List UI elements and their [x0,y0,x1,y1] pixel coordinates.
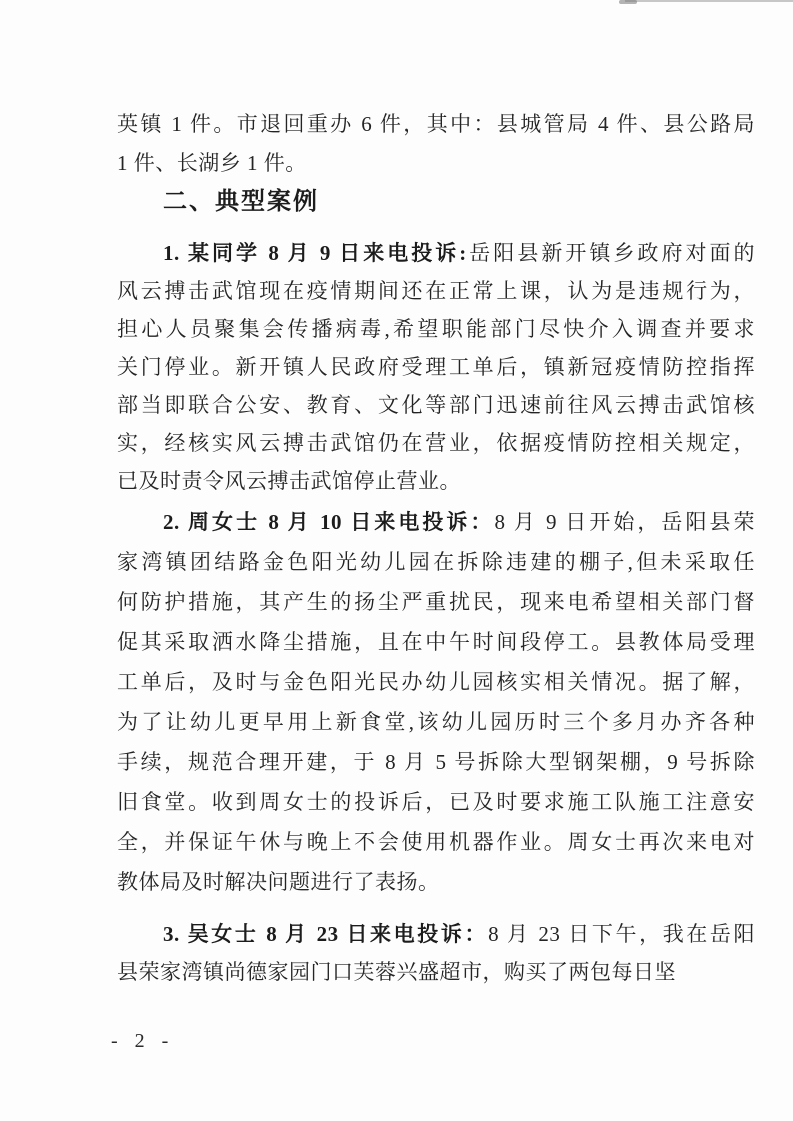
scan-artifact-mark [619,0,637,4]
document-body: 英镇 1 件。市退回重办 6 件，其中：县城管局 4 件、县公路局 1 件、长湖… [117,105,755,991]
case-lead-label: 3. 吴女士 8 月 23 日来电投诉： [163,922,488,946]
case-body-line: 实，经核实风云搏击武馆仍在营业，依据疫情防控相关规定， [117,424,755,462]
case-body-line: 为了让幼儿更早用上新食堂,该幼儿园历时三个多月办齐各种 [117,702,755,742]
case-first-line-text: 岳阳县新开镇乡政府对面的 [467,241,755,265]
case-lead-label: 2. 周女士 8 月 10 日来电投诉： [163,510,494,534]
case-body-line: 工单后，及时与金色阳光民办幼儿园核实相关情况。据了解， [117,662,755,702]
scan-artifact-line [625,0,793,2]
case-first-line: 1. 某同学 8 月 9 日来电投诉:岳阳县新开镇乡政府对面的 [117,234,755,272]
case-body-line: 家湾镇团结路金色阳光幼儿园在拆除违建的棚子,但未采取任 [117,542,755,582]
page-number: - 2 - [111,1030,174,1053]
case-first-line-text: 8 月 23 日下午，我在岳阳 [488,922,755,946]
case-body-line: 担心人员聚集会传播病毒,希望职能部门尽快介入调查并要求 [117,310,755,348]
case-body-line: 促其采取洒水降尘措施，且在中午时间段停工。县教体局受理 [117,622,755,662]
case-body-line: 何防护措施，其产生的扬尘严重扰民，现来电希望相关部门督 [117,582,755,622]
case-body-line: 风云搏击武馆现在疫情期间还在正常上课，认为是违规行为， [117,272,755,310]
case-last-line: 已及时责令风云搏击武馆停止营业。 [117,462,755,500]
case-first-line-text: 8 月 9 日开始，岳阳县荣 [494,510,755,534]
case-first-line: 3. 吴女士 8 月 23 日来电投诉：8 月 23 日下午，我在岳阳 [117,915,755,953]
case-body-line: 旧食堂。收到周女士的投诉后，已及时要求施工队施工注意安 [117,782,755,822]
case-first-line: 2. 周女士 8 月 10 日来电投诉：8 月 9 日开始，岳阳县荣 [117,502,755,542]
section-heading: 二、典型案例 [117,183,755,222]
case-last-line: 教体局及时解决问题进行了表扬。 [117,862,755,902]
case-body-line: 手续，规范合理开建，于 8 月 5 号拆除大型钢架棚，9 号拆除 [117,742,755,782]
case-body-line: 全，并保证午休与晚上不会使用机器作业。周女士再次来电对 [117,822,755,862]
case-lead-label: 1. 某同学 8 月 9 日来电投诉: [163,241,467,265]
case-paragraph-1: 1. 某同学 8 月 9 日来电投诉:岳阳县新开镇乡政府对面的 风云搏击武馆现在… [117,234,755,500]
intro-line: 1 件、长湖乡 1 件。 [117,144,755,183]
case-paragraph-2: 2. 周女士 8 月 10 日来电投诉：8 月 9 日开始，岳阳县荣 家湾镇团结… [117,502,755,902]
case-last-line: 县荣家湾镇尚德家园门口芙蓉兴盛超市，购买了两包每日坚 [117,953,755,991]
intro-line: 英镇 1 件。市退回重办 6 件，其中：县城管局 4 件、县公路局 [117,105,755,144]
scanned-document-page: 英镇 1 件。市退回重办 6 件，其中：县城管局 4 件、县公路局 1 件、长湖… [0,0,793,1121]
case-paragraph-3: 3. 吴女士 8 月 23 日来电投诉：8 月 23 日下午，我在岳阳 县荣家湾… [117,915,755,991]
case-body-line: 部当即联合公安、教育、文化等部门迅速前往风云搏击武馆核 [117,386,755,424]
case-body-line: 关门停业。新开镇人民政府受理工单后，镇新冠疫情防控指挥 [117,348,755,386]
